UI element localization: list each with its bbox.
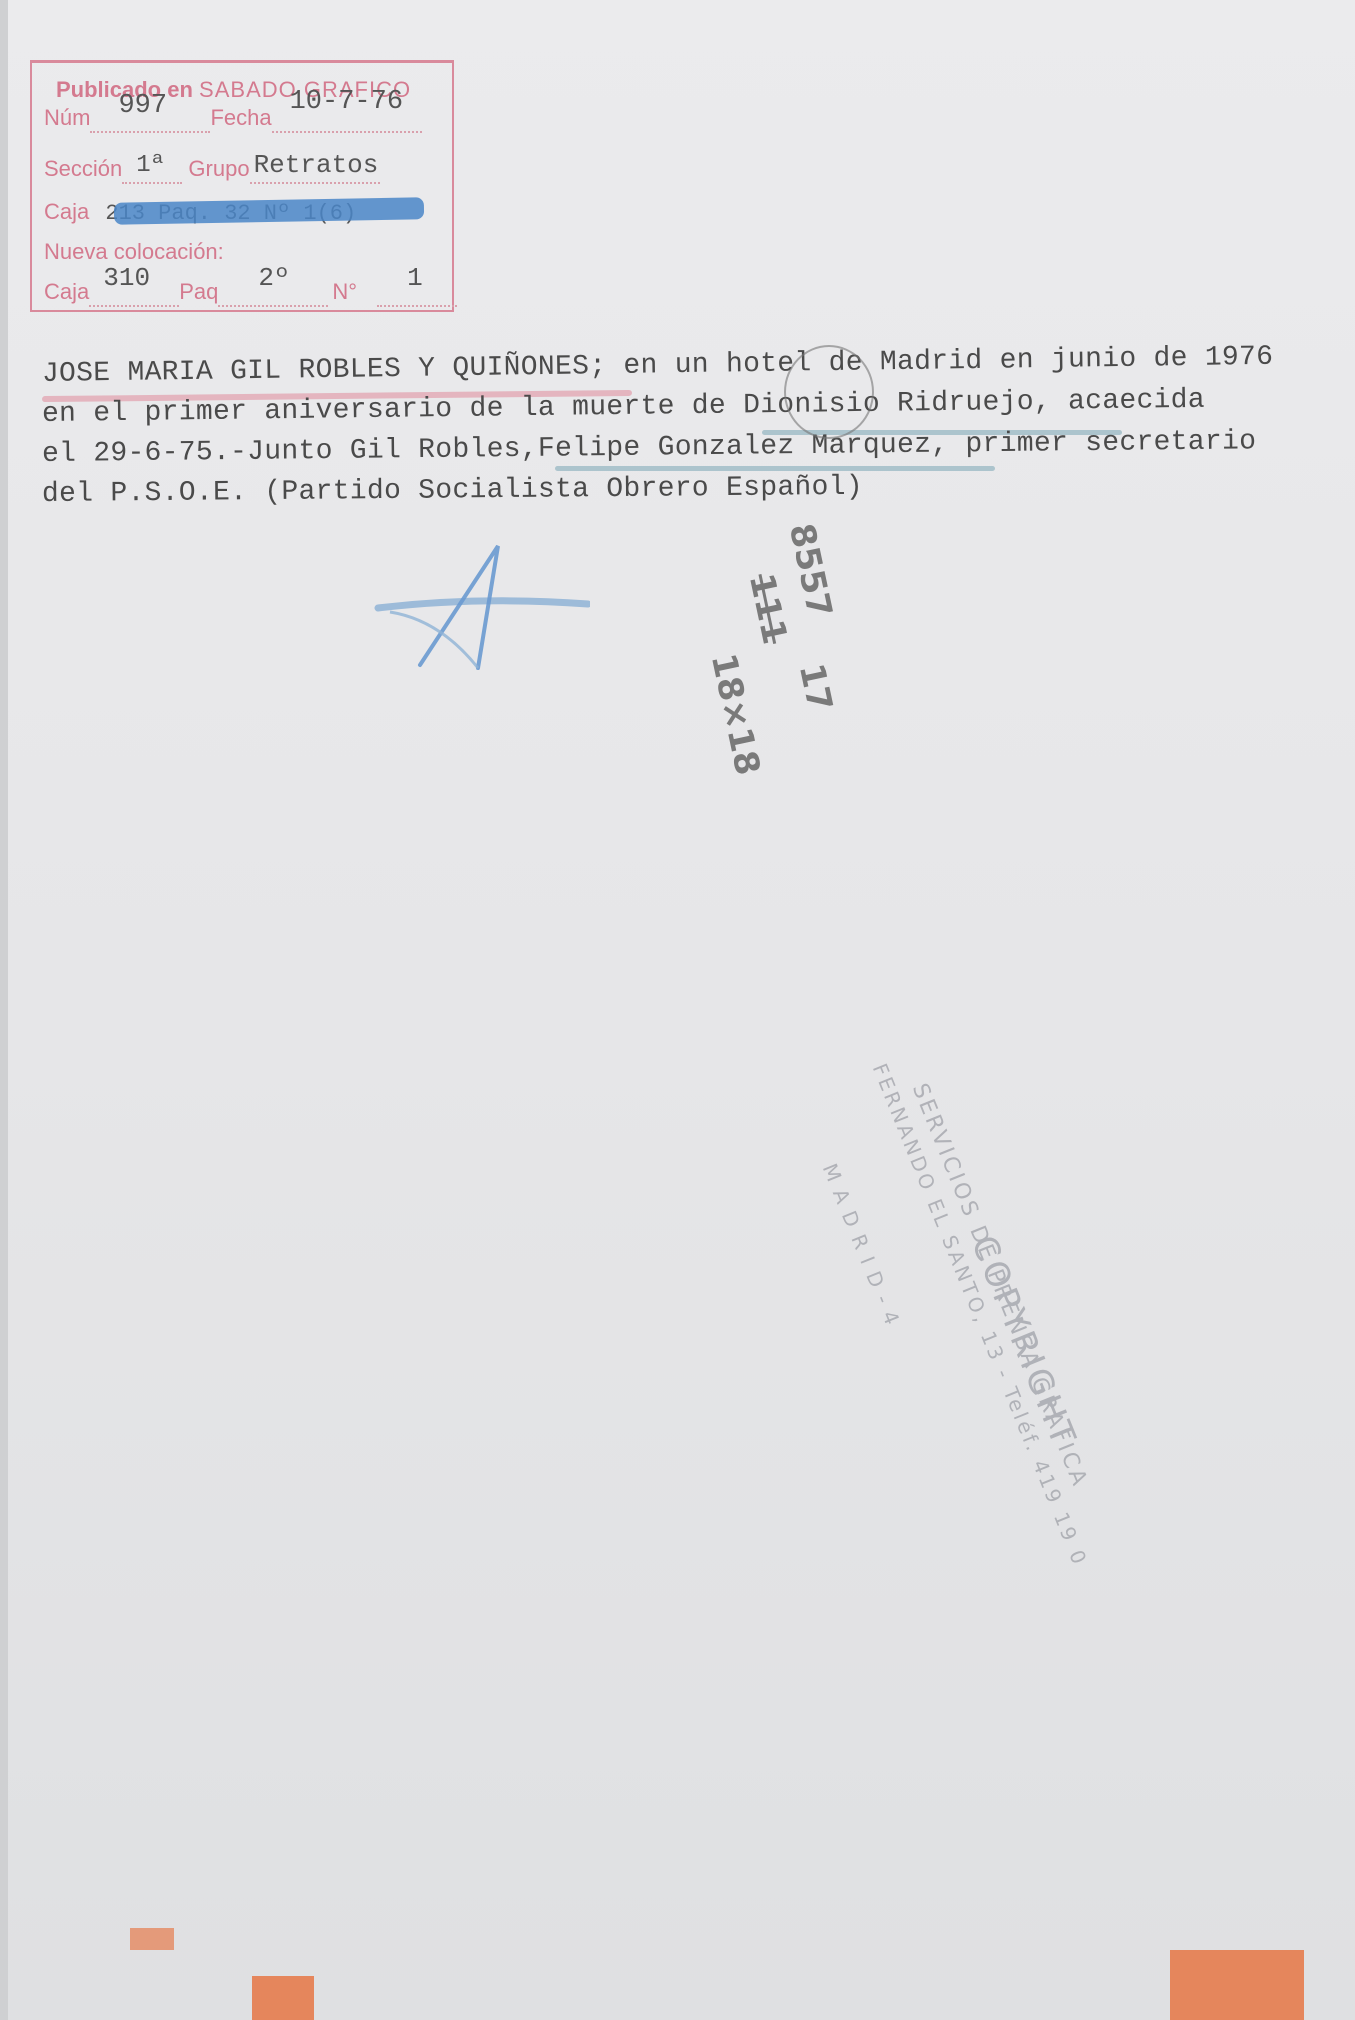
handwritten-line-3: 18×18 xyxy=(703,650,768,779)
seccion-value: 1ª xyxy=(136,152,165,179)
paper-edge xyxy=(0,0,8,2020)
handwritten-note: 8557 111 17 18×18 xyxy=(700,520,860,760)
agency-city: MADRID-4 xyxy=(818,1160,908,1337)
tape-fragment-left xyxy=(252,1976,314,2020)
paq-label: Paq xyxy=(179,279,218,304)
archive-stamp: Publicado en SABADO GRAFICO Núm997 Fecha… xyxy=(30,60,454,312)
tape-fragment-small xyxy=(130,1928,174,1950)
handwritten-line-1: 8557 xyxy=(781,520,840,621)
typed-caption: JOSE MARIA GIL ROBLES Y QUIÑONES; en un … xyxy=(42,355,1342,515)
stamp-caja2-row: Caja310 Paq2º N°1 xyxy=(44,279,457,307)
grupo-label: Grupo xyxy=(188,156,249,181)
grupo-value: Retratos xyxy=(254,150,379,180)
caja2-label: Caja xyxy=(44,279,89,304)
tape-fragment-right xyxy=(1170,1950,1304,2020)
blue-crossout xyxy=(114,197,424,224)
fecha-value: 10-7-76 xyxy=(290,87,403,117)
pencil-circle-mark xyxy=(784,345,874,439)
handwritten-crossed: 111 xyxy=(741,570,795,648)
fecha-label: Fecha xyxy=(210,105,271,130)
handwritten-line-2: 17 xyxy=(791,660,840,715)
nueva-label: Nueva colocación: xyxy=(44,239,224,264)
num-value: 997 xyxy=(118,91,167,121)
stamp-seccion-row: Sección1ª GrupoRetratos xyxy=(44,156,380,184)
seccion-label: Sección xyxy=(44,156,122,181)
stamp-num-row: Núm997 Fecha10-7-76 xyxy=(44,105,422,133)
nueva-colocacion-label: Nueva colocación: xyxy=(44,239,224,265)
copyright-stamp: COPYRIGHT SERVICIOS DE PRENSA GRAFICA FE… xyxy=(640,1060,1020,1560)
caja2-value: 310 xyxy=(103,263,150,293)
num-label: Núm xyxy=(44,105,90,130)
agency-name: SERVICIOS DE PRENSA GRAFICA xyxy=(907,1080,1093,1492)
n-label: N° xyxy=(332,279,357,304)
caja-label: Caja xyxy=(44,199,89,224)
star-mark-icon xyxy=(370,540,590,680)
paq-value: 2º xyxy=(258,263,289,293)
n-value: 1 xyxy=(407,263,423,293)
